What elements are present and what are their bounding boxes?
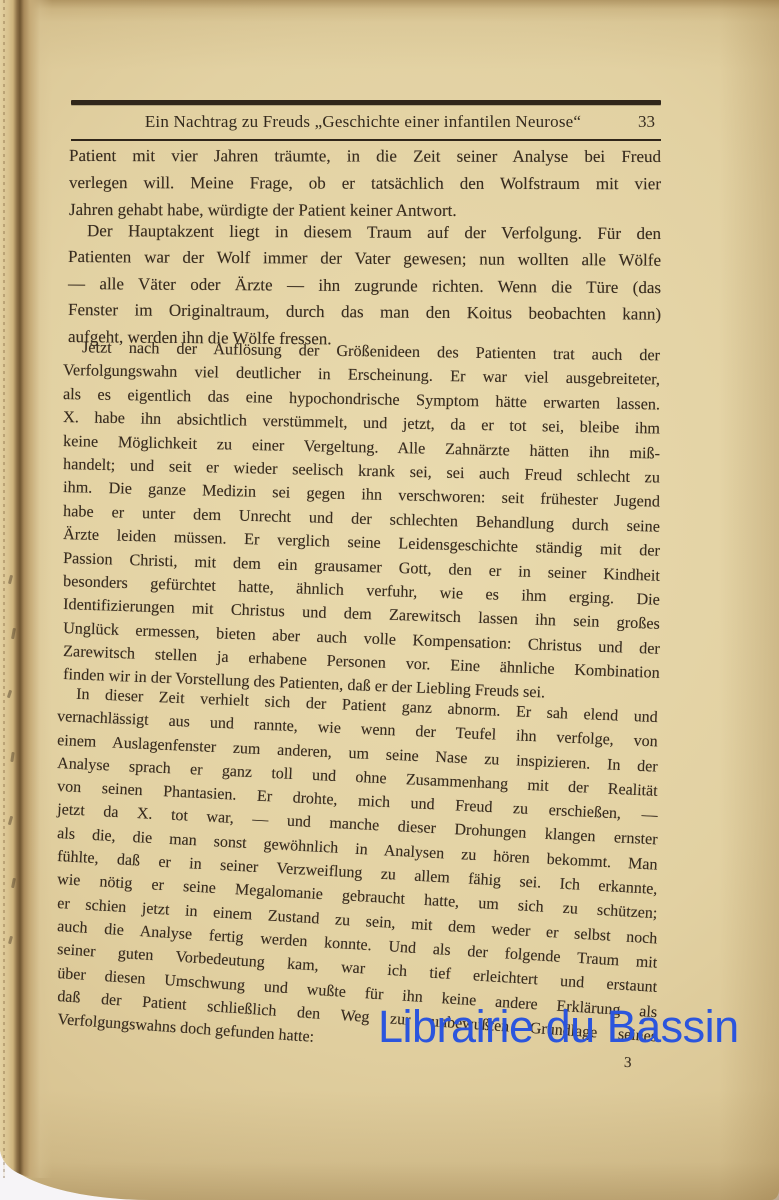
header-rule-top bbox=[71, 100, 661, 105]
paragraph: Jetzt nach der Auflösung der Größenideen… bbox=[63, 338, 660, 689]
text-line: Patient mit vier Jahren träumte, in die … bbox=[69, 146, 661, 174]
text-line: verlegen will. Meine Frage, ob er tatsäc… bbox=[69, 173, 661, 201]
signature-mark: 3 bbox=[624, 1055, 632, 1072]
running-title: Ein Nachtrag zu Freuds „Geschichte einer… bbox=[71, 112, 609, 132]
text-line: Fenster im Originaltraum, durch das man … bbox=[68, 300, 661, 331]
page-edge-mark bbox=[11, 628, 16, 639]
page-number: 33 bbox=[609, 112, 661, 132]
paragraph: Der Hauptakzent liegt in diesem Traum au… bbox=[68, 221, 661, 353]
page-edge-mark bbox=[11, 878, 16, 888]
running-header: Ein Nachtrag zu Freuds „Geschichte einer… bbox=[71, 112, 661, 136]
page-edge-mark bbox=[8, 816, 13, 825]
page-edge-mark bbox=[8, 575, 13, 584]
page-gutter bbox=[0, 0, 52, 1178]
text-line: Der Hauptakzent liegt in diesem Traum au… bbox=[68, 221, 661, 250]
page-edge-mark bbox=[7, 690, 12, 699]
page-right-shade bbox=[719, 0, 779, 1200]
text-line: Patienten war der Wolf immer der Vater g… bbox=[68, 247, 661, 277]
book-page: Ein Nachtrag zu Freuds „Geschichte einer… bbox=[0, 0, 779, 1200]
header-rule-bottom bbox=[71, 139, 661, 141]
paragraph: In dieser Zeit verhielt sich der Patient… bbox=[57, 685, 658, 1034]
page-edge-mark bbox=[10, 752, 14, 762]
book-photo: Ein Nachtrag zu Freuds „Geschichte einer… bbox=[0, 0, 779, 1200]
page-top-edge bbox=[0, 0, 779, 70]
page-edge-mark bbox=[8, 936, 13, 945]
paragraph: Patient mit vier Jahren träumte, in die … bbox=[69, 146, 661, 227]
page-bottom-edge bbox=[0, 1090, 779, 1200]
